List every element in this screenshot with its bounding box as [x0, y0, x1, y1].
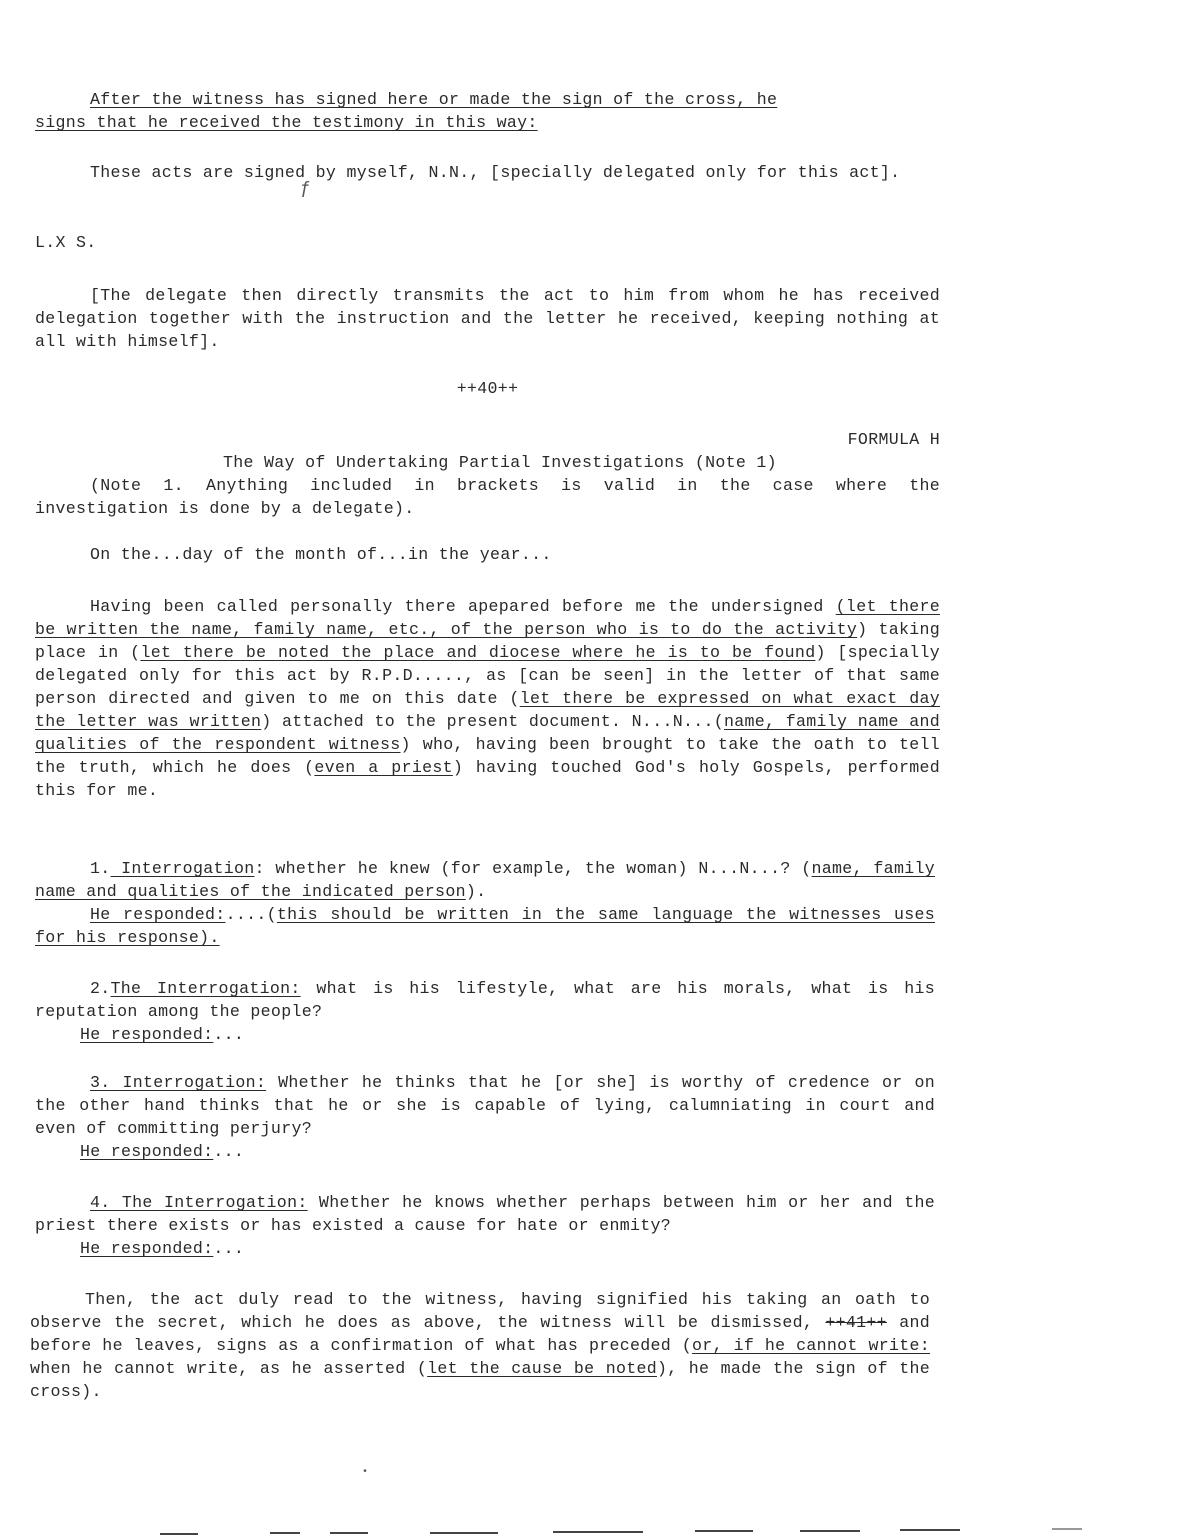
- main-text-4: ) attached to the present document. N...…: [261, 712, 724, 731]
- closing-paragraph: Then, the act duly read to the witness, …: [30, 1288, 930, 1403]
- scan-edge-line: [1052, 1528, 1082, 1530]
- interrogation-2-response-dots: ...: [213, 1025, 244, 1044]
- note-1: (Note 1. Anything included in brackets i…: [35, 474, 940, 520]
- closing-text-3: when he cannot write, as he asserted (: [30, 1359, 427, 1378]
- scan-edge-line: [270, 1532, 300, 1534]
- interrogation-4-label: 4. The Interrogation:: [90, 1193, 308, 1212]
- interrogation-2-label: The Interrogation:: [111, 979, 301, 998]
- main-text-1: Having been called personally there apep…: [90, 597, 836, 616]
- page-marker-40: ++40++: [35, 377, 940, 400]
- opening-paragraph: After the witness has signed here or mad…: [35, 88, 940, 134]
- closing-underline-1: or, if he cannot write:: [692, 1336, 930, 1355]
- formula-label: FORMULA H: [35, 428, 940, 451]
- interrogation-4-response-dots: ...: [213, 1239, 244, 1258]
- interrogation-1-number: 1.: [90, 859, 111, 878]
- date-line: On the...day of the month of...in the ye…: [35, 543, 940, 566]
- main-underline-2: let there be noted the place and diocese…: [140, 643, 815, 662]
- interrogation-4-response-label: He responded:: [80, 1239, 213, 1258]
- interrogation-1-text: : whether he knew (for example, the woma…: [255, 859, 812, 878]
- interrogation-1-label: Interrogation: [111, 859, 255, 878]
- seal-text: L.X S.: [35, 231, 940, 254]
- scan-edge-line: [330, 1532, 368, 1534]
- closing-text-1: Then, the act duly read to the witness, …: [30, 1290, 930, 1332]
- main-paragraph: Having been called personally there apep…: [35, 595, 940, 802]
- signature-mark-icon: ƒ: [300, 182, 311, 196]
- section-title-text: The Way of Undertaking Partial Investiga…: [223, 451, 943, 474]
- scan-edge-line: [900, 1529, 960, 1531]
- scan-edge-line: [430, 1532, 498, 1534]
- scan-edge-line: [553, 1531, 643, 1533]
- scan-edge-line: [160, 1533, 198, 1535]
- interrogation-1-response-label: He responded:: [90, 905, 226, 924]
- scan-edge-line: [695, 1530, 753, 1532]
- interrogation-3: 3. Interrogation: Whether he thinks that…: [35, 1071, 935, 1163]
- page-marker-text: ++40++: [35, 377, 940, 400]
- note-1-text: (Note 1. Anything included in brackets i…: [35, 474, 940, 520]
- interrogation-3-response-dots: ...: [213, 1142, 244, 1161]
- interrogation-1-response-dots: ....(: [226, 905, 277, 924]
- interrogation-1: 1. Interrogation: whether he knew (for e…: [35, 857, 935, 949]
- interrogation-2: 2.The Interrogation: what is his lifesty…: [35, 977, 935, 1046]
- document-page: After the witness has signed here or mad…: [0, 0, 1200, 1538]
- seal-line: L.X S.: [35, 231, 940, 254]
- interrogation-1-text-end: ).: [466, 882, 487, 901]
- signature-statement: These acts are signed by myself, N.N., […: [35, 161, 940, 184]
- interrogation-2-response-label: He responded:: [80, 1025, 213, 1044]
- formula-label-text: FORMULA H: [35, 428, 940, 451]
- interrogation-4: 4. The Interrogation: Whether he knows w…: [35, 1191, 935, 1260]
- opening-line-2: signs that he received the testimony in …: [35, 111, 940, 134]
- scan-speck: •: [362, 1466, 368, 1480]
- date-line-text: On the...day of the month of...in the ye…: [35, 543, 940, 566]
- closing-underline-2: let the cause be noted: [427, 1359, 657, 1378]
- section-title: The Way of Undertaking Partial Investiga…: [223, 451, 943, 474]
- delegate-note: [The delegate then directly transmits th…: [35, 284, 940, 353]
- signature-statement-text: These acts are signed by myself, N.N., […: [35, 161, 940, 184]
- main-underline-5: even a priest: [314, 758, 452, 777]
- interrogation-3-response-label: He responded:: [80, 1142, 213, 1161]
- interrogation-3-label: 3. Interrogation:: [90, 1073, 266, 1092]
- page-marker-41: ++41++: [825, 1313, 887, 1332]
- interrogation-2-number: 2.: [90, 979, 111, 998]
- delegate-note-text: [The delegate then directly transmits th…: [35, 284, 940, 353]
- scan-edge-line: [800, 1530, 860, 1532]
- opening-line-1: After the witness has signed here or mad…: [35, 88, 940, 111]
